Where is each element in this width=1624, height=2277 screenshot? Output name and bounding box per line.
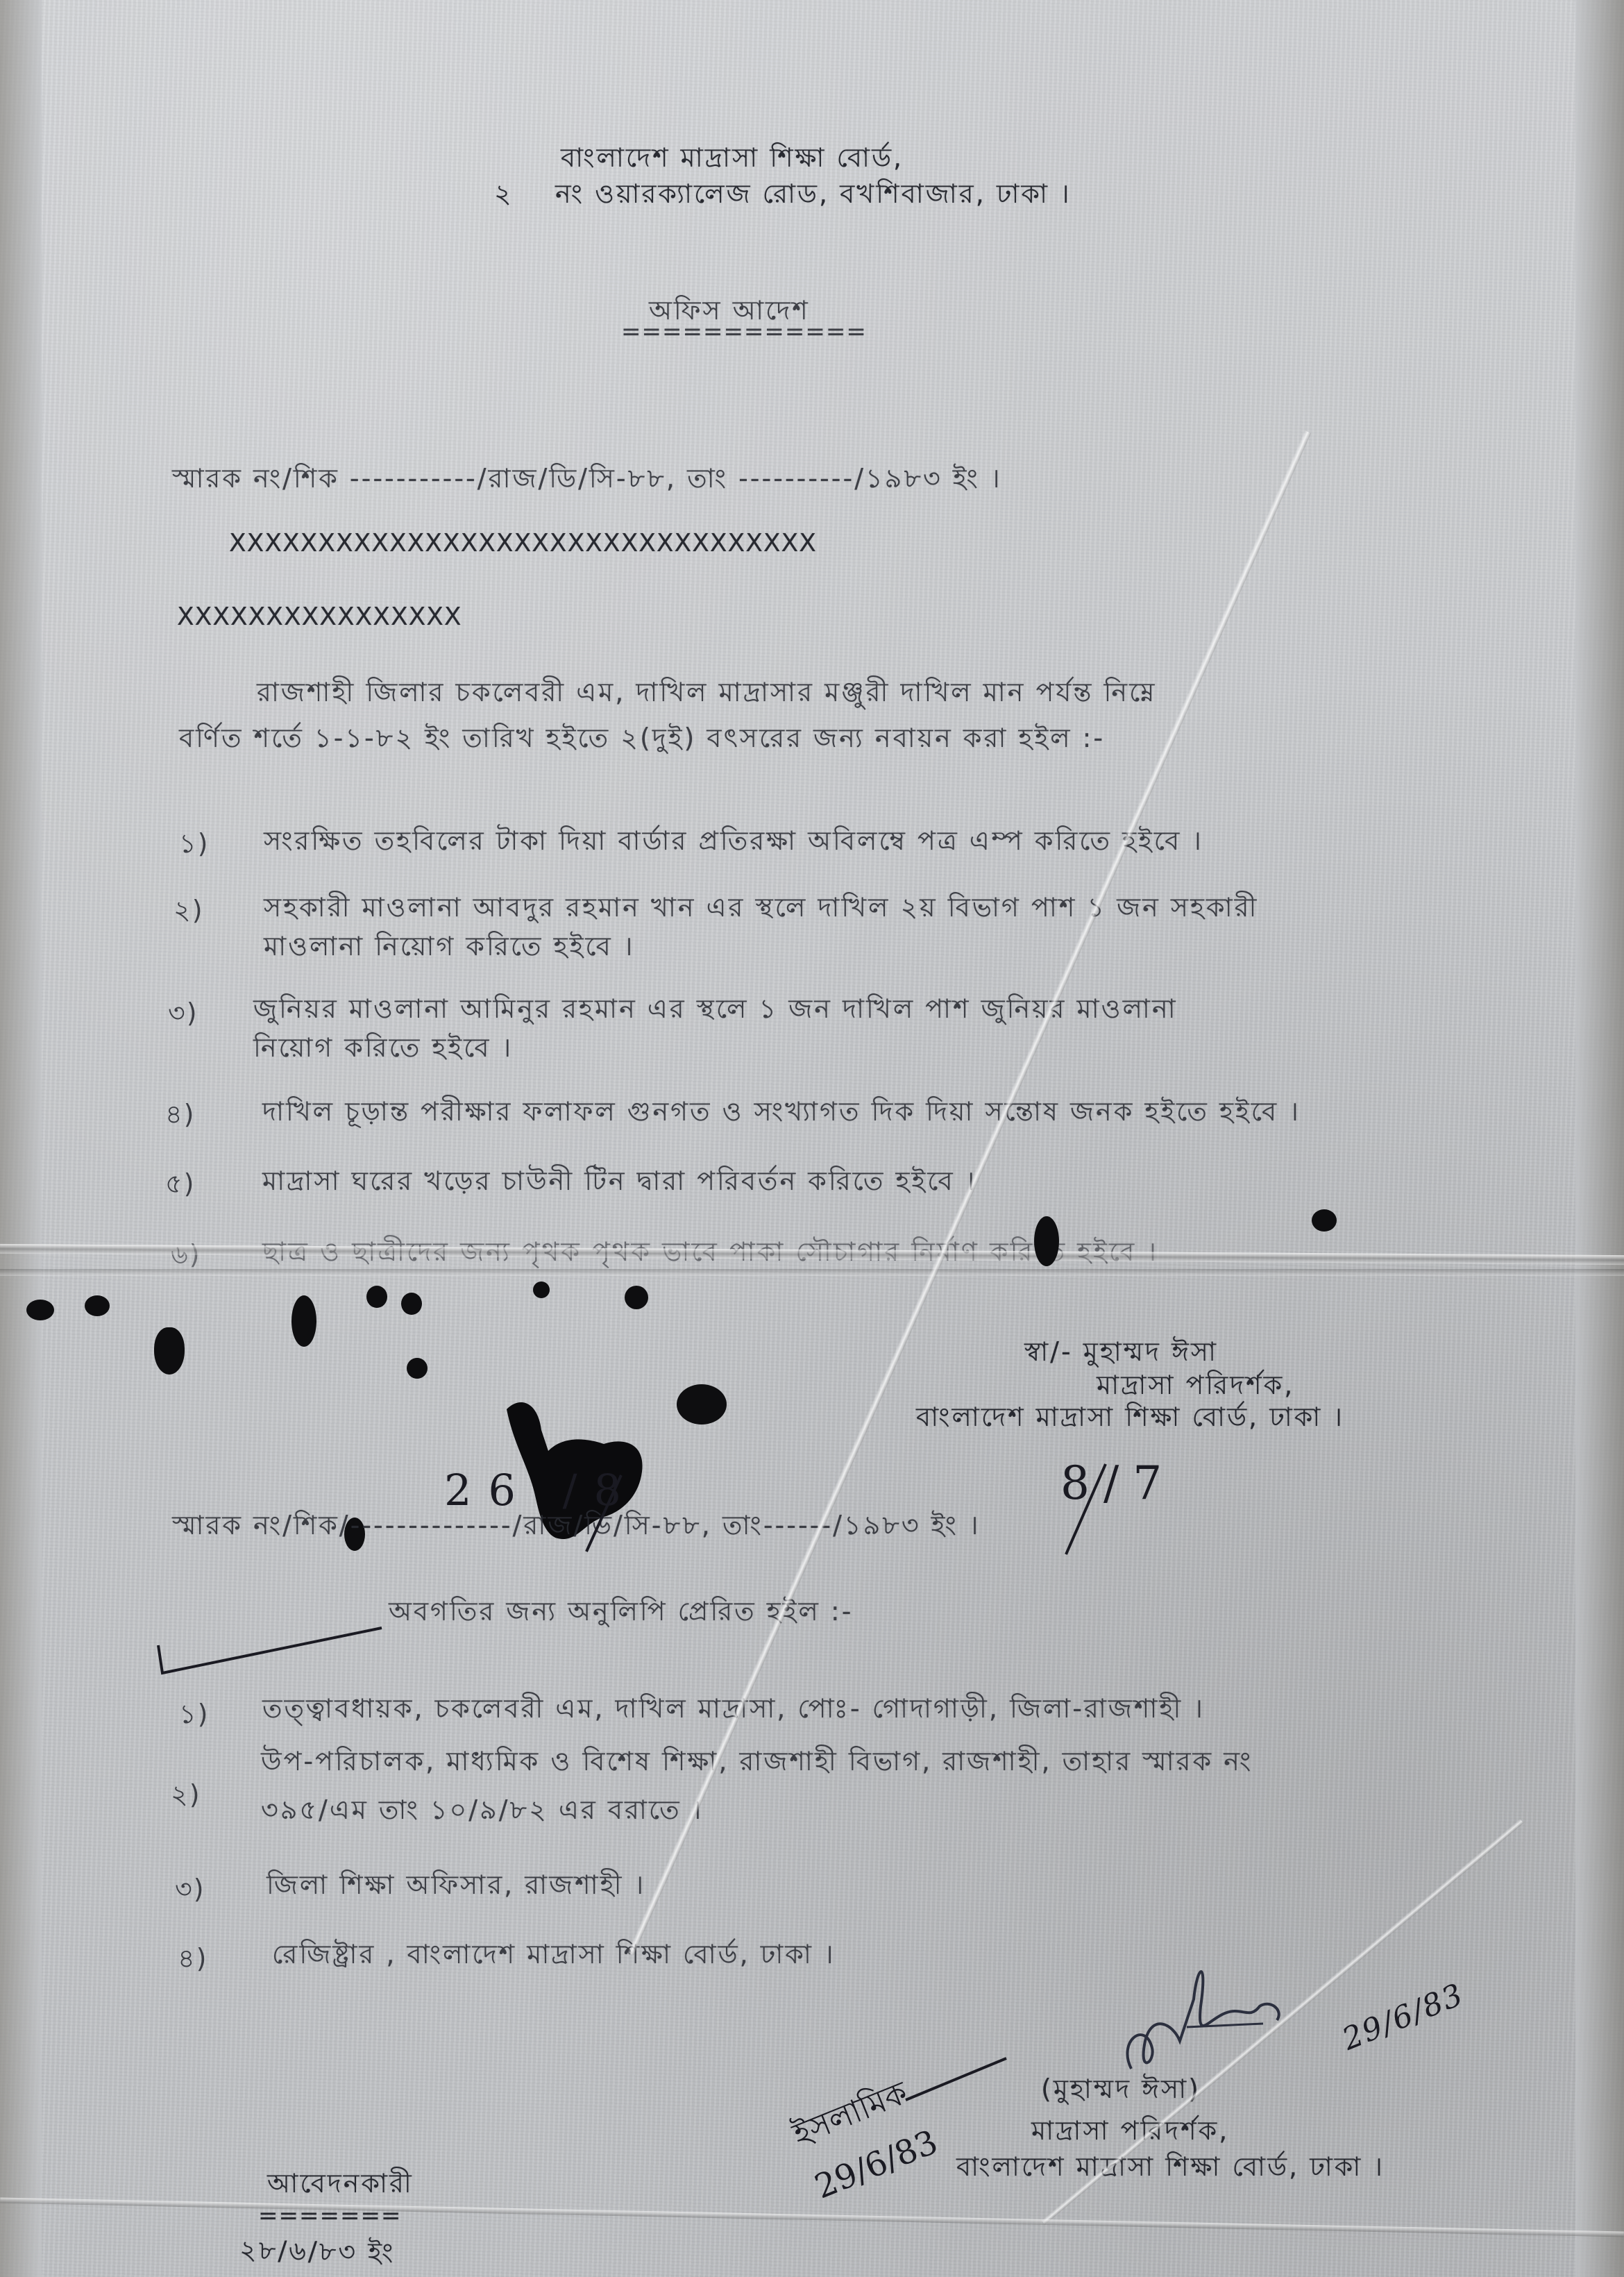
applicant-date: ২৮/৬/৮৩ ইং — [239, 2230, 395, 2277]
ink-blot — [401, 1293, 422, 1315]
paper-edge-left — [0, 0, 42, 2277]
ink-blot — [1312, 1209, 1337, 1232]
condition-text: দাখিল চূড়ান্ত পরীক্ষার ফলাফল গুনগত ও সং… — [262, 1091, 1301, 1136]
memo-blank-date: ---------- — [738, 463, 854, 494]
ink-blot — [625, 1286, 648, 1309]
condition-number: ১) — [179, 823, 209, 868]
ink-blot — [291, 1295, 316, 1347]
memo-year: /১৯৮৩ ইং । — [854, 463, 1001, 494]
memo2-year: /১৯৮৩ ইং । — [833, 1510, 980, 1540]
condition-text: সহকারী মাওলানা আবদুর রহমান খান এর স্থলে … — [264, 887, 1258, 932]
ink-blot — [85, 1295, 110, 1316]
ink-blot — [407, 1358, 428, 1379]
ink-blot — [366, 1286, 387, 1308]
paper-edge-right — [1575, 0, 1624, 2277]
condition-number: ৪) — [165, 1094, 195, 1138]
condition-text: সংরক্ষিত তহবিলের টাকা দিয়া বার্ডার প্রত… — [264, 821, 1203, 865]
condition-number: ২) — [174, 890, 204, 934]
body-line-1: রাজশাহী জিলার চকলেবরী এম, দাখিল মাদ্রাসা… — [257, 672, 1156, 716]
distribution-number: ৪) — [178, 1938, 208, 1983]
memo-blank-number: ----------- — [350, 463, 477, 494]
distribution-number: ২) — [171, 1774, 201, 1819]
title-underline: ============ — [621, 318, 867, 346]
condition-text: মাদ্রাসা ঘরের খড়ের চাউনী টিন দ্বারা পরি… — [262, 1161, 976, 1205]
distribution-number: ৩) — [175, 1869, 205, 1913]
struck-line-2: XXXXXXXXXXXXXXXX — [177, 603, 462, 631]
memo-label: স্মারক নং/শিক — [172, 463, 339, 494]
signature-2-organization: বাংলাদেশ মাদ্রাসা শিক্ষা বোর্ড, ঢাকা । — [956, 2146, 1385, 2191]
distribution-text: জিলা শিক্ষা অফিসার, রাজশাহী । — [267, 1865, 645, 1909]
checkmark-tick — [153, 1624, 389, 1687]
body-line-2: বর্ণিত শর্তে ১-১-৮২ ইং তারিখ হইতে ২(দুই)… — [179, 718, 1105, 762]
letterhead-address-prefix: ২ — [494, 174, 514, 218]
memo2-date-label: তাং — [722, 1510, 763, 1540]
letterhead-address: নং ওয়ারক্যালেজ রোড, বখশিবাজার, ঢাকা । — [555, 174, 1072, 218]
memo-date-label: তাং — [687, 463, 728, 494]
condition-number: ৫) — [165, 1163, 195, 1208]
applicant-label: আবেদনকারী — [267, 2163, 414, 2208]
memo-reference: /রাজ/ডি/সি-৮৮, — [477, 463, 677, 494]
condition-text: মাওলানা নিয়োগ করিতে হইবে । — [264, 926, 634, 971]
handwritten-slash — [1060, 1461, 1109, 1558]
distribution-text: উপ-পরিচালক, মাধ্যমিক ও বিশেষ শিক্ষা, রাজ… — [261, 1741, 1253, 1786]
ink-blot — [533, 1282, 550, 1298]
memo2-label: স্মারক নং/শিক/ — [172, 1510, 350, 1540]
distribution-text: ৩৯৫/এম তাং ১০/৯/৮২ এর বরাতে । — [261, 1790, 703, 1834]
ink-blot — [26, 1300, 54, 1320]
ink-blot — [154, 1327, 185, 1375]
ink-blot — [1034, 1216, 1059, 1266]
condition-number: ৩) — [168, 993, 198, 1037]
signature-1-organization: বাংলাদেশ মাদ্রাসা শিক্ষা বোর্ড, ঢাকা । — [916, 1397, 1344, 1441]
ink-blot — [677, 1384, 727, 1425]
initials-underline-stroke — [902, 2055, 1013, 2103]
distribution-text: রেজিষ্ট্রার , বাংলাদেশ মাদ্রাসা শিক্ষা ব… — [272, 1934, 836, 1978]
condition-text: নিয়োগ করিতে হইবে । — [253, 1027, 513, 1072]
distribution-number: ১) — [179, 1694, 209, 1738]
scanned-document-page: বাংলাদেশ মাদ্রাসা শিক্ষা বোর্ড, ২ নং ওয়… — [0, 0, 1624, 2277]
handwritten-slash — [583, 1472, 625, 1555]
struck-line-1: XXXXXXXXXXXXXXXXXXXXXXXXXXXXXXXXX — [229, 529, 817, 557]
memo-line-1: স্মারক নং/শিক -----------/রাজ/ডি/সি-৮৮, … — [172, 458, 1002, 503]
handwritten-sign-date: 29/6/83 — [1337, 1976, 1469, 2057]
paper-fold-shadow — [0, 1269, 1624, 1276]
